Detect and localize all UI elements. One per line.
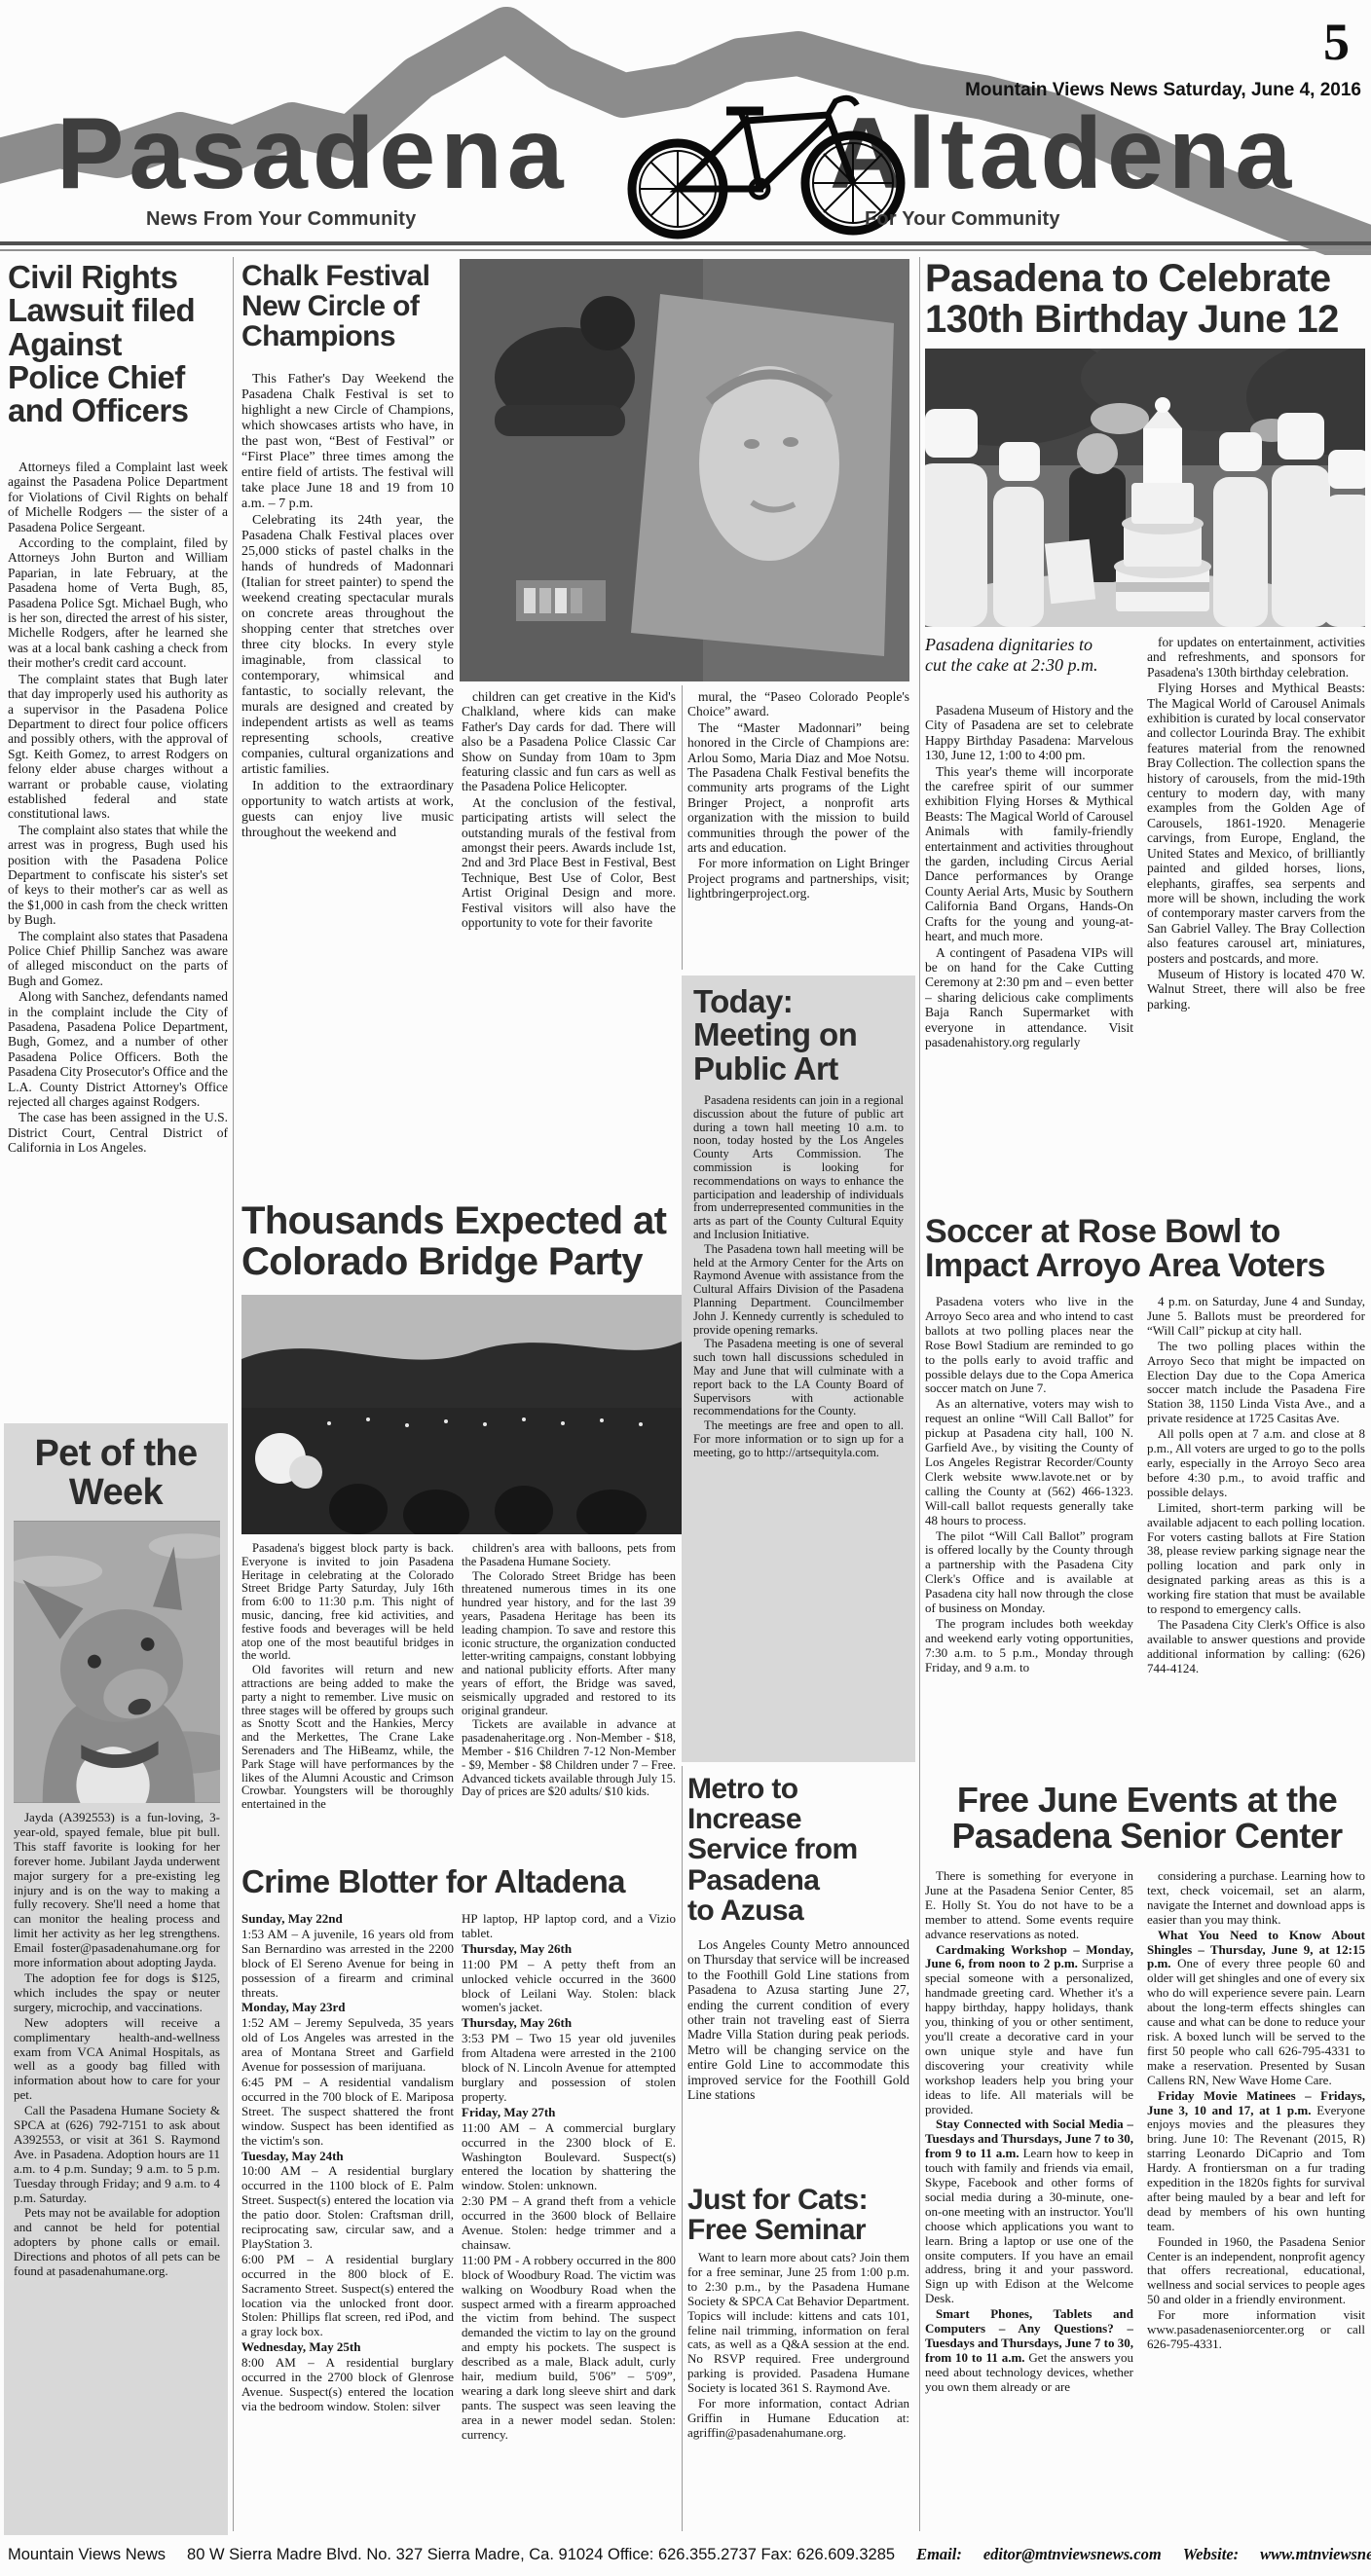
paragraph: 6:00 PM – A residential burglary occurre… — [241, 2253, 454, 2339]
paragraph: Pasadena residents can join in a regiona… — [693, 1094, 904, 1242]
paragraph: Wednesday, May 25th — [241, 2340, 454, 2355]
paragraph: Founded in 1960, the Pasadena Senior Cen… — [1147, 2235, 1365, 2308]
column-rule-3 — [919, 257, 920, 2531]
paragraph: 11:00 AM – A commercial burglary occurre… — [462, 2121, 676, 2194]
paragraph: Want to learn more about cats? Join them… — [687, 2251, 909, 2396]
paragraph: The complaint states that Bugh later tha… — [8, 672, 228, 822]
paragraph: What You Need to Know About Shingles – T… — [1147, 1929, 1365, 2088]
birthday-cake-photo — [925, 349, 1365, 627]
soccer-body-col1: Pasadena voters who live in the Arroyo S… — [925, 1295, 1133, 1772]
crime-blotter-headline: Crime Blotter for Altadena — [241, 1865, 682, 1898]
column-rule-2a — [682, 685, 683, 970]
paragraph: Limited, short-term parking will be avai… — [1147, 1501, 1365, 1617]
paragraph: The Pasadena meeting is one of several s… — [693, 1338, 904, 1418]
paragraph: for updates on entertainment, activities… — [1147, 635, 1365, 680]
paragraph: Sunday, May 22nd — [241, 1912, 454, 1927]
paragraph: mural, the “Paseo Colorado People's Choi… — [687, 689, 909, 719]
paragraph: 4 p.m. on Saturday, June 4 and Sunday, J… — [1147, 1295, 1365, 1339]
public-art-body: Pasadena residents can join in a regiona… — [693, 1094, 904, 1754]
pet-of-week-body: Jayda (A392553) is a fun-loving, 3-year-… — [14, 1811, 220, 2529]
paragraph: Flying Horses and Mythical Beasts: The M… — [1147, 681, 1365, 966]
paragraph: Thursday, May 26th — [462, 2016, 676, 2031]
paragraph: The Pasadena town hall meeting will be h… — [693, 1243, 904, 1338]
paragraph: For more information visit www.pasadenas… — [1147, 2308, 1365, 2352]
footer-website-label: Website: — [1183, 2545, 1239, 2564]
cats-seminar-headline: Just for Cats: Free Seminar — [687, 2185, 909, 2245]
paragraph: Tuesday, May 24th — [241, 2150, 454, 2164]
paragraph: Pasadena's biggest block party is back. … — [241, 1542, 454, 1663]
paragraph: 11:00 PM – A petty theft from an unlocke… — [462, 1958, 676, 2016]
paragraph: Museum of History is located 470 W. Waln… — [1147, 967, 1365, 1012]
paragraph: The Colorado Street Bridge has been thre… — [462, 1570, 676, 1718]
paragraph: Thursday, May 26th — [462, 1942, 676, 1957]
paragraph: The “Master Madonnari” being honored in … — [687, 720, 909, 856]
paragraph: The case has been assigned in the U.S. D… — [8, 1110, 228, 1155]
paragraph: Friday, May 27th — [462, 2106, 676, 2120]
chalk-festival-headline: Chalk Festival New Circle of Champions — [241, 261, 458, 352]
paragraph: 2:30 PM – A grand theft from a vehicle o… — [462, 2194, 676, 2253]
dog-photo — [14, 1521, 220, 1803]
column-rule-2b — [682, 1766, 683, 2531]
paragraph: The complaint also states that Pasadena … — [8, 929, 228, 989]
senior-body-col1: There is something for everyone in June … — [925, 1869, 1133, 2535]
birthday-body-col2: for updates on entertainment, activities… — [1147, 635, 1365, 1209]
chalk-festival-body-col3: mural, the “Paseo Colorado People's Choi… — [687, 689, 909, 968]
paragraph: Jayda (A392553) is a fun-loving, 3-year-… — [14, 1811, 220, 1970]
paragraph: Smart Phones, Tablets and Computers – An… — [925, 2307, 1133, 2394]
chalk-festival-body-col1: This Father's Day Weekend the Pasadena C… — [241, 372, 454, 1199]
paragraph: This Father's Day Weekend the Pasadena C… — [241, 372, 454, 512]
paragraph: Pets may not be available for adoption a… — [14, 2206, 220, 2279]
paragraph: 11:00 PM - A robbery occurred in the 800… — [462, 2254, 676, 2443]
paragraph: HP laptop, HP laptop cord, and a Vizio t… — [462, 1912, 676, 1941]
paragraph: Call the Pasadena Humane Society & SPCA … — [14, 2104, 220, 2205]
paragraph: Monday, May 23rd — [241, 2001, 454, 2015]
crime-blotter-col1: Sunday, May 22nd1:53 AM – A juvenile, 16… — [241, 1912, 454, 2531]
birthday-body-col1: Pasadena Museum of History and the City … — [925, 703, 1133, 1209]
footer-email-label: Email: — [916, 2545, 962, 2564]
civil-rights-body: Attorneys filed a Complaint last week ag… — [8, 460, 228, 1409]
metro-headline: Metro to Increase Service from Pasadena … — [687, 1774, 909, 1926]
paragraph: Attorneys filed a Complaint last week ag… — [8, 460, 228, 534]
page-footer: Mountain Views News 80 W Sierra Madre Bl… — [8, 2545, 1367, 2564]
paragraph: children's area with balloons, pets from… — [462, 1542, 676, 1569]
paragraph: Pasadena voters who live in the Arroyo S… — [925, 1295, 1133, 1396]
masthead-tagline-left: News From Your Community — [146, 208, 416, 231]
paragraph: The meetings are free and open to all. F… — [693, 1419, 904, 1459]
cats-seminar-body: Want to learn more about cats? Join them… — [687, 2251, 909, 2531]
birthday-photo-caption: Pasadena dignitaries to cut the cake at … — [925, 635, 1135, 676]
chalk-festival-photo — [460, 259, 909, 681]
paragraph: The program includes both weekday and we… — [925, 1617, 1133, 1675]
page-number: 5 — [1323, 12, 1350, 72]
paragraph: This year's theme will incorporate the c… — [925, 764, 1133, 944]
masthead-title-pasadena: Pasadena — [56, 103, 569, 204]
paragraph: The Pasadena City Clerk's Office is also… — [1147, 1618, 1365, 1676]
birthday-headline: Pasadena to Celebrate 130th Birthday Jun… — [925, 259, 1369, 340]
soccer-voters-headline: Soccer at Rose Bowl to Impact Arroyo Are… — [925, 1215, 1369, 1284]
paragraph: Stay Connected with Social Media – Tuesd… — [925, 2117, 1133, 2306]
paragraph: All polls open at 7 a.m. and close at 8 … — [1147, 1427, 1365, 1500]
paragraph: 1:53 AM – A juvenile, 16 years old from … — [241, 1928, 454, 2001]
paragraph: Los Angeles County Metro announced on Th… — [687, 1937, 909, 2102]
paragraph: According to the complaint, filed by Att… — [8, 535, 228, 671]
bridge-party-photo — [241, 1295, 682, 1534]
paragraph: Celebrating its 24th year, the Pasadena … — [241, 513, 454, 778]
bridge-party-headline: Thousands Expected at Colorado Bridge Pa… — [241, 1201, 682, 1282]
paragraph: 8:00 AM – A residential burglary occurre… — [241, 2356, 454, 2414]
paragraph: 6:45 PM – A residential vandalism occurr… — [241, 2076, 454, 2149]
paragraph: New adopters will receive a complimentar… — [14, 2016, 220, 2103]
paragraph: Friday Movie Matinees – Fridays, June 3,… — [1147, 2089, 1365, 2234]
crime-blotter-col2: HP laptop, HP laptop cord, and a Vizio t… — [462, 1912, 676, 2531]
bridge-party-body-col1: Pasadena's biggest block party is back. … — [241, 1542, 454, 1856]
paragraph: Cardmaking Workshop – Monday, June 6, fr… — [925, 1943, 1133, 2117]
paragraph: The complaint also states that while the… — [8, 823, 228, 928]
metro-body: Los Angeles County Metro announced on Th… — [687, 1937, 909, 2181]
footer-paper-name: Mountain Views News — [8, 2546, 166, 2564]
paragraph: For more information on Light Bringer Pr… — [687, 856, 909, 901]
paragraph: Pasadena Museum of History and the City … — [925, 703, 1133, 763]
column-rule-1 — [233, 257, 234, 2531]
footer-website: www.mtnviewsnews.com — [1260, 2545, 1371, 2564]
paragraph: At the conclusion of the festival, parti… — [462, 795, 676, 931]
paragraph: There is something for everyone in June … — [925, 1869, 1133, 1942]
newspaper-page: 5 Mountain Views News Saturday, June 4, … — [0, 0, 1371, 2576]
paragraph: The two polling places within the Arroyo… — [1147, 1340, 1365, 1426]
masthead-tagline-right: For Your Community — [865, 208, 1060, 231]
paragraph: The adoption fee for dogs is $125, which… — [14, 1971, 220, 2015]
paragraph: 1:52 AM – Jeremy Sepulveda, 35 years old… — [241, 2016, 454, 2075]
chalk-festival-body-col2: children can get creative in the Kid's C… — [462, 689, 676, 1199]
paragraph: Tickets are available in advance at pasa… — [462, 1718, 676, 1799]
paragraph: The pilot “Will Call Ballot” program is … — [925, 1529, 1133, 1616]
paragraph: Along with Sanchez, defendants named in … — [8, 989, 228, 1109]
senior-center-headline: Free June Events at the Pasadena Senior … — [925, 1782, 1369, 1855]
paragraph: A contingent of Pasadena VIPs will be on… — [925, 945, 1133, 1050]
bridge-party-body-col2: children's area with balloons, pets from… — [462, 1542, 676, 1856]
masthead-rule — [0, 241, 1371, 251]
pet-of-week-headline: Pet of the Week — [4, 1435, 228, 1512]
paragraph: For more information, contact Adrian Gri… — [687, 2397, 909, 2441]
paragraph: Old favorites will return and new attrac… — [241, 1664, 454, 1812]
soccer-body-col2: 4 p.m. on Saturday, June 4 and Sunday, J… — [1147, 1295, 1365, 1772]
paragraph: children can get creative in the Kid's C… — [462, 689, 676, 794]
senior-body-col2: considering a purchase. Learning how to … — [1147, 1869, 1365, 2535]
public-art-headline: Today: Meeting on Public Art — [693, 985, 908, 1086]
paragraph: 3:53 PM – Two 15 year old juveniles from… — [462, 2032, 676, 2105]
paragraph: 10:00 AM – A residential burglary occurr… — [241, 2164, 454, 2251]
paragraph: In addition to the extraordinary opportu… — [241, 779, 454, 841]
civil-rights-headline: Civil Rights Lawsuit filed Against Polic… — [8, 261, 232, 428]
footer-email: editor@mtnviewsnews.com — [983, 2545, 1162, 2564]
paragraph: As an alternative, voters may wish to re… — [925, 1397, 1133, 1527]
paragraph: considering a purchase. Learning how to … — [1147, 1869, 1365, 1928]
footer-address: 80 W Sierra Madre Blvd. No. 327 Sierra M… — [187, 2546, 895, 2564]
